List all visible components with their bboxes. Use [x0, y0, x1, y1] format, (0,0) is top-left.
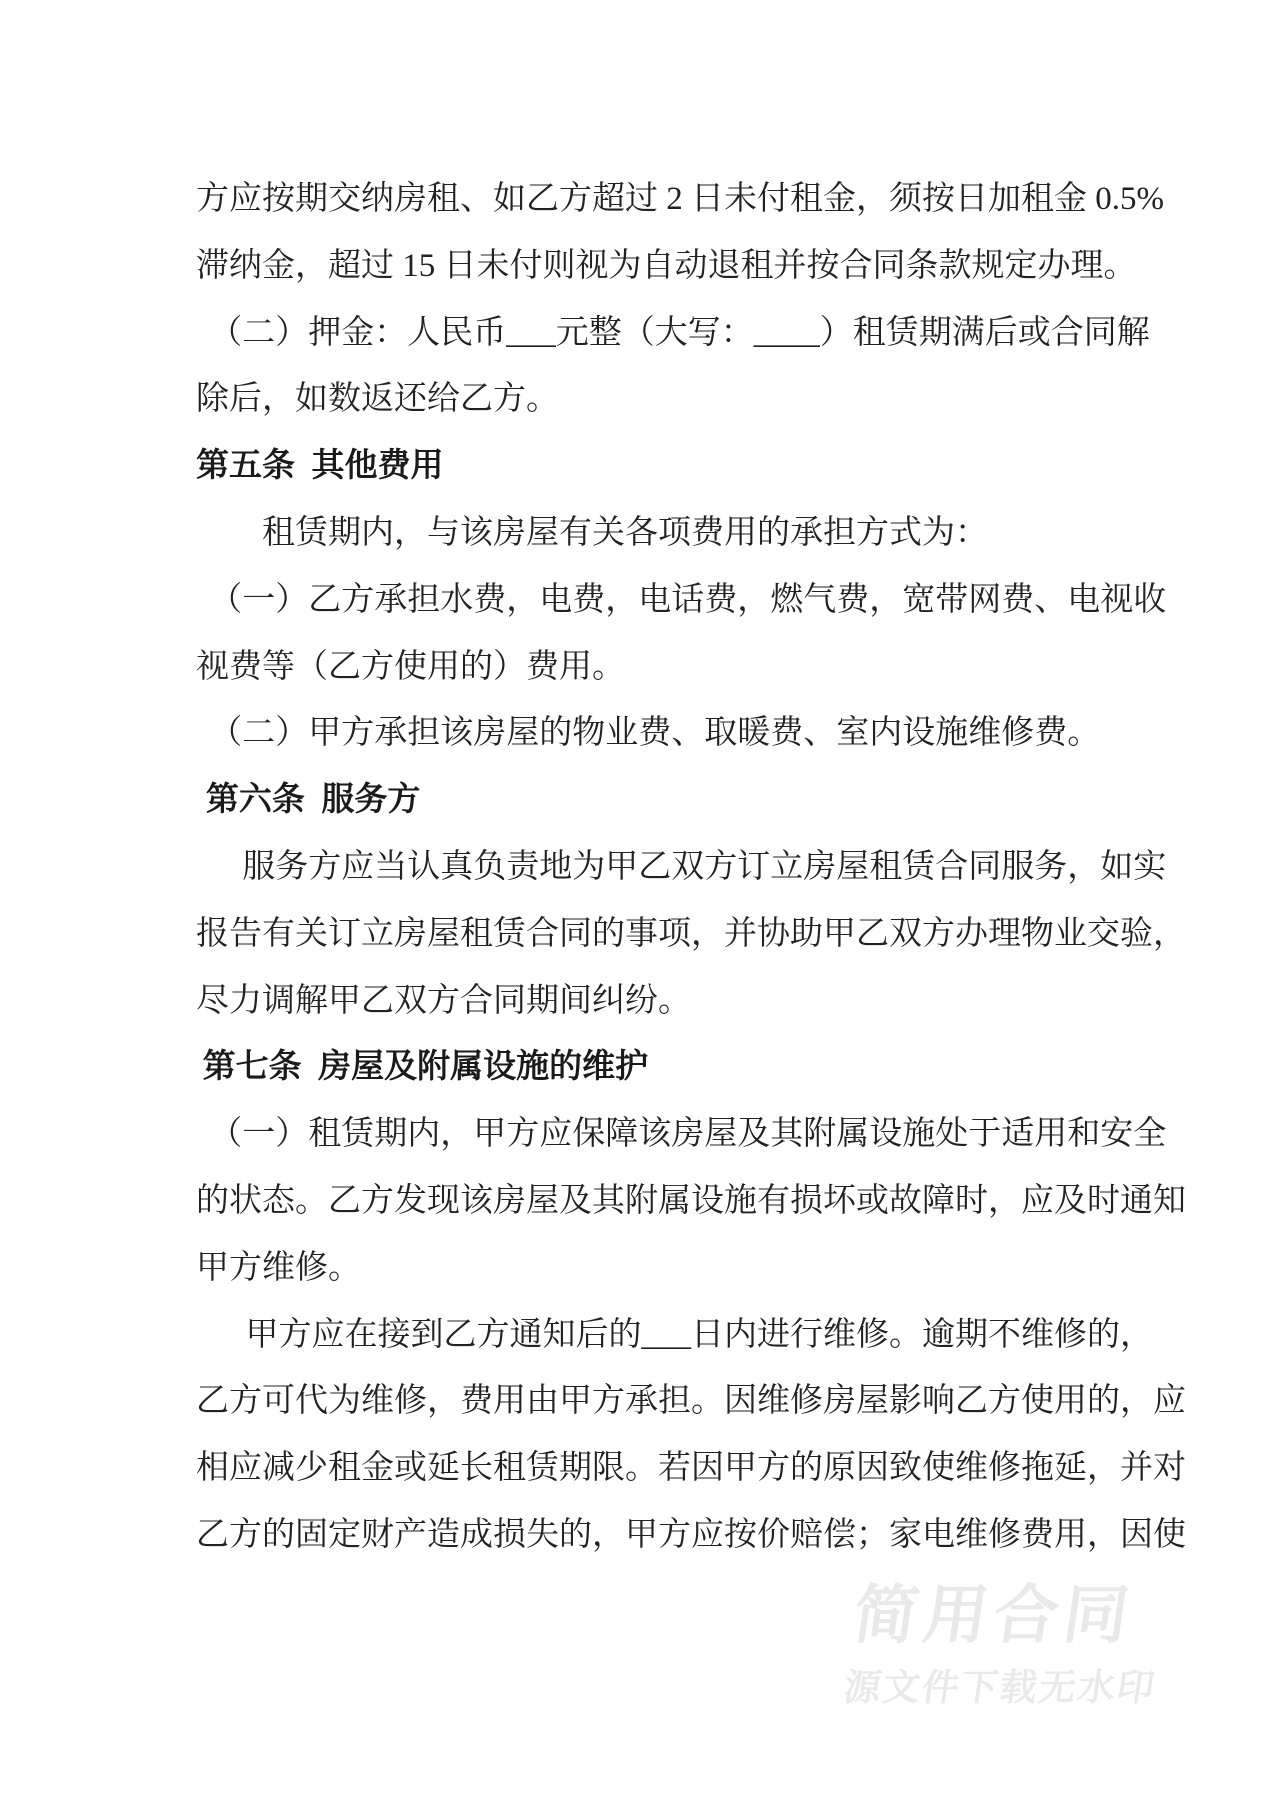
contract-line: 甲方应在接到乙方通知后的___日内进行维修。逾期不维修的， — [196, 1302, 1121, 1369]
section-heading: 第七条 房屋及附属设施的维护 — [196, 1034, 1121, 1101]
contract-line: 相应减少租金或延长租赁期限。若因甲方的原因致使维修拖延，并对 — [196, 1435, 1121, 1502]
contract-line: （二）押金：人民币___元整（大写：____）租赁期满后或合同解 — [196, 300, 1121, 367]
contract-line: 报告有关订立房屋租赁合同的事项，并协助甲乙双方办理物业交验， — [196, 901, 1121, 968]
document-page: 方应按期交纳房租、如乙方超过 2 日未付租金，须按日加租金 0.5%滞纳金，超过… — [0, 0, 1280, 1810]
contract-line: 乙方可代为维修，费用由甲方承担。因维修房屋影响乙方使用的，应 — [196, 1368, 1121, 1435]
contract-line: （一）租赁期内，甲方应保障该房屋及其附属设施处于适用和安全 — [196, 1101, 1121, 1168]
contract-line: 方应按期交纳房租、如乙方超过 2 日未付租金，须按日加租金 0.5% — [196, 166, 1121, 233]
watermark-subtitle: 源文件下载无水印 — [841, 1669, 1158, 1706]
contract-line: 除后，如数返还给乙方。 — [196, 366, 1121, 433]
contract-line: 甲方维修。 — [196, 1235, 1121, 1302]
contract-line: 租赁期内，与该房屋有关各项费用的承担方式为： — [196, 500, 1121, 567]
contract-line: （二）甲方承担该房屋的物业费、取暖费、室内设施维修费。 — [196, 700, 1121, 767]
watermark: 简用合同 源文件下载无水印 — [841, 1583, 1170, 1706]
contract-text-block: 方应按期交纳房租、如乙方超过 2 日未付租金，须按日加租金 0.5%滞纳金，超过… — [196, 166, 1121, 1569]
contract-line: （一）乙方承担水费，电费，电话费，燃气费，宽带网费、电视收 — [196, 567, 1121, 634]
watermark-title: 简用合同 — [850, 1583, 1171, 1647]
contract-line: 的状态。乙方发现该房屋及其附属设施有损坏或故障时，应及时通知 — [196, 1168, 1121, 1235]
contract-line: 视费等（乙方使用的）费用。 — [196, 634, 1121, 701]
contract-line: 滞纳金，超过 15 日未付则视为自动退租并按合同条款规定办理。 — [196, 233, 1121, 300]
section-heading: 第六条 服务方 — [196, 767, 1121, 834]
contract-line: 尽力调解甲乙双方合同期间纠纷。 — [196, 968, 1121, 1035]
contract-line: 服务方应当认真负责地为甲乙双方订立房屋租赁合同服务，如实 — [196, 834, 1121, 901]
section-heading: 第五条 其他费用 — [196, 433, 1121, 500]
contract-line: 乙方的固定财产造成损失的，甲方应按价赔偿；家电维修费用，因使 — [196, 1502, 1121, 1569]
